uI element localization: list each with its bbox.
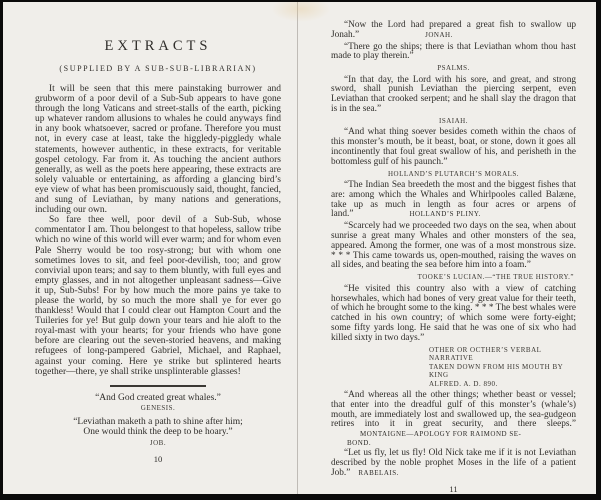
quote-text: “And God created great whales.” (35, 393, 281, 404)
paragraph-1: It will be seen that this mere painstaki… (35, 84, 281, 215)
scan-frame: EXTRACTS (SUPPLIED BY A SUB-SUB-LIBRARIA… (0, 0, 601, 500)
right-page: “Now the Lord had prepared a great fish … (297, 2, 596, 494)
book-spread: EXTRACTS (SUPPLIED BY A SUB-SUB-LIBRARIA… (3, 2, 596, 494)
quote-block: “The Indian Sea breedeth the most and th… (331, 181, 576, 220)
quote-text: “Leviathan maketh a path to shine after … (35, 417, 281, 438)
quote-attribution: OTHER OR OCTHER’S VERBAL NARRATIVE TAKEN… (429, 346, 576, 389)
quote-attribution: JONAH. (425, 31, 453, 39)
quote-attribution: GENESIS. (35, 404, 281, 413)
quote-text: “And what thing soever besides cometh wi… (331, 128, 576, 167)
page-number: 11 (331, 484, 576, 494)
quote-text: “He visited this country also with a vie… (331, 285, 576, 344)
quote-attribution: ISAIAH. (331, 117, 576, 126)
quote-attribution: HOLLAND’S PLUTARCH’S MORALS. (331, 170, 576, 179)
quote-text: “There go the ships; there is that Levia… (331, 43, 576, 63)
quote-block: “Now the Lord had prepared a great fish … (331, 21, 576, 41)
quote-text: “In that day, the Lord with his sore, an… (331, 76, 576, 115)
quote-attribution: HOLLAND’S PLINY. (409, 210, 480, 218)
quote-text: “Now the Lord had prepared a great fish … (331, 20, 576, 40)
quote-block: “And whereas all the other things; wheth… (331, 391, 576, 447)
section-rule (110, 385, 206, 387)
quote-text: “And whereas all the other things; wheth… (331, 390, 576, 429)
quote-block: “Let us fly, let us fly! Old Nick take m… (331, 449, 576, 478)
quote-attribution: JOB. (35, 439, 281, 448)
quote-attribution: PSALMS. (331, 64, 576, 73)
quote-text: “Scarcely had we proceeded two days on t… (331, 222, 576, 271)
left-page: EXTRACTS (SUPPLIED BY A SUB-SUB-LIBRARIA… (3, 2, 297, 494)
page-number: 10 (35, 454, 281, 464)
paragraph-2: So fare thee well, poor devil of a Sub-S… (35, 215, 281, 377)
quote-attribution: RABELAIS. (358, 469, 398, 477)
page-title: EXTRACTS (35, 38, 281, 55)
page-subtitle: (SUPPLIED BY A SUB-SUB-LIBRARIAN) (35, 64, 281, 73)
quote-attribution: TOOKE’S LUCIAN.—“THE TRUE HISTORY.” (331, 273, 574, 282)
quote-attribution: MONTAIGNE—APOLOGY FOR RAIMOND SE- BOND. (347, 430, 521, 447)
